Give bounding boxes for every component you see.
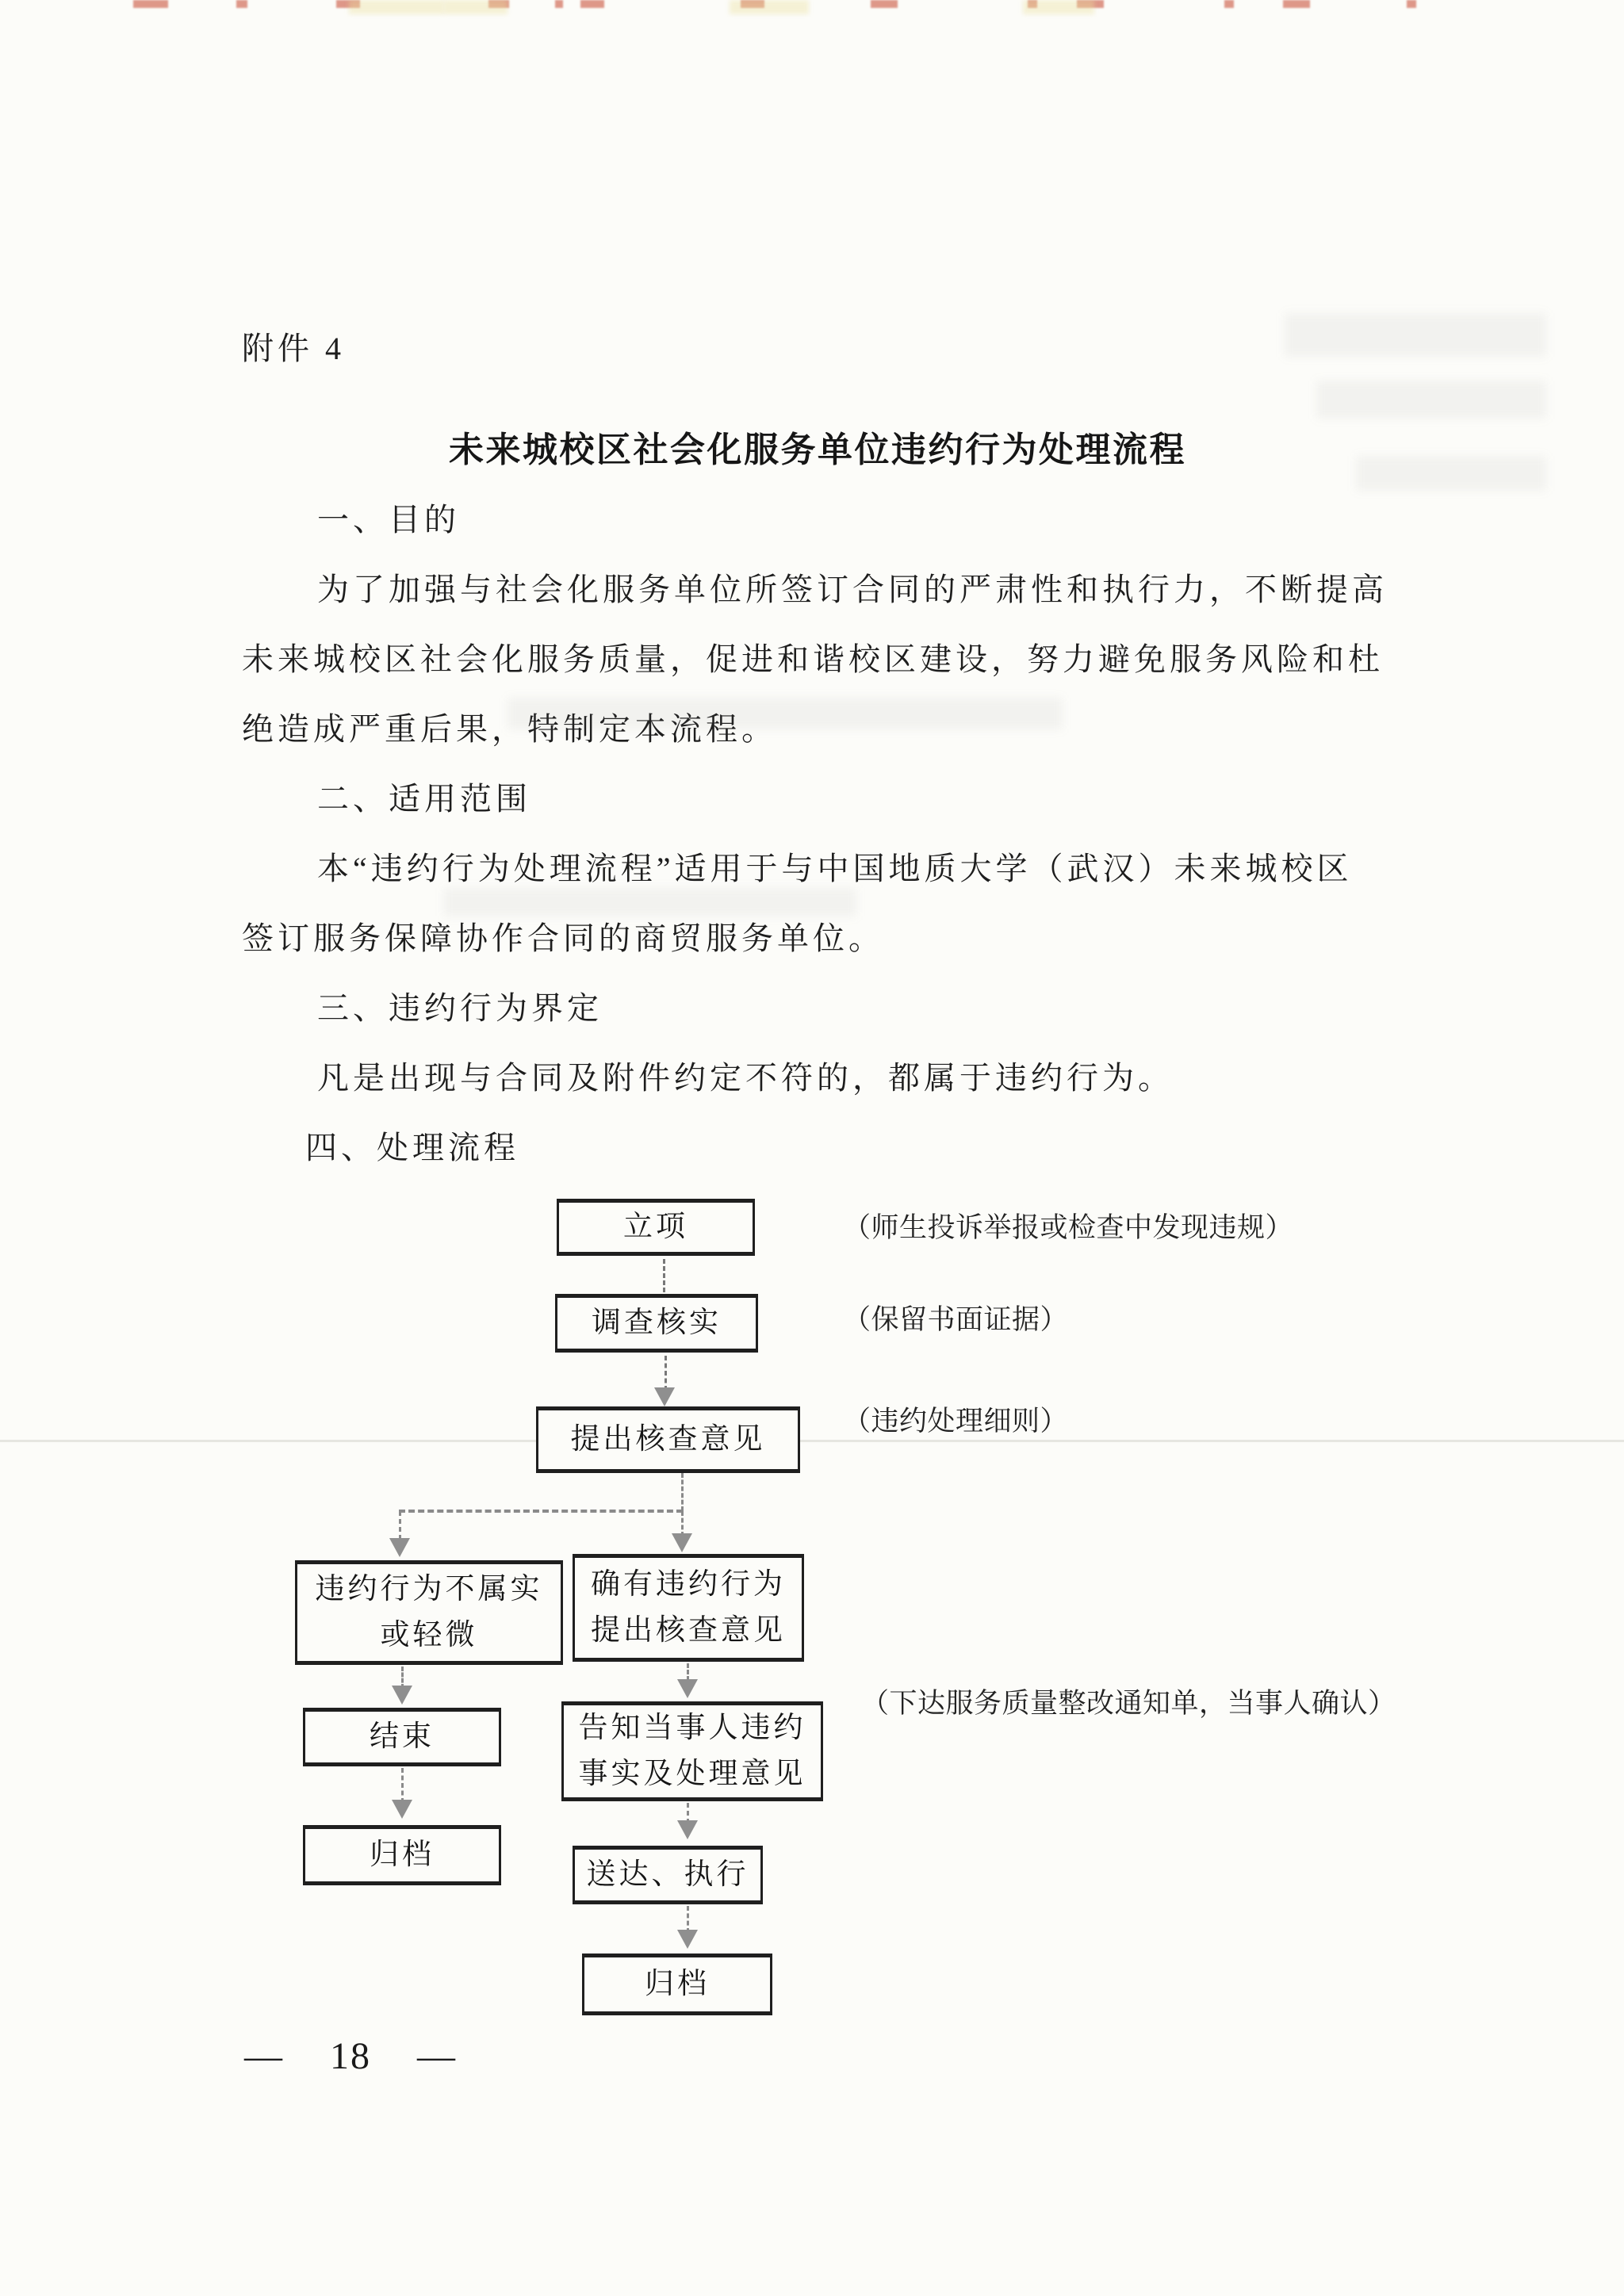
scan-smudge [444, 0, 507, 14]
scan-smudge [730, 0, 809, 14]
flow-annotation-notify: （下达服务质量整改通知单，当事人确认） [861, 1684, 1396, 1724]
flow-connector-line [681, 1473, 684, 1511]
flow-connector-line [399, 1511, 401, 1540]
arrow-down-icon [654, 1387, 675, 1406]
arrow-down-icon [392, 1686, 412, 1705]
flow-branch-line [399, 1510, 683, 1513]
document-title: 未来城校区社会化服务单位违约行为处理流程 [242, 415, 1393, 485]
arrow-down-icon [677, 1930, 698, 1949]
scan-ghost-text [507, 698, 1063, 729]
arrow-down-icon [677, 1679, 698, 1698]
flow-connector-line [401, 1768, 404, 1803]
flow-connector-line [665, 1356, 667, 1391]
scan-smudge [1023, 0, 1094, 14]
attachment-label: 附件 4 [242, 314, 1393, 384]
section-1-line-1: 为了加强与社会化服务单位所签订合同的严肃性和执行力，不断提高 [242, 555, 1393, 625]
flow-node-investigate: 调查核实 [555, 1294, 758, 1353]
flow-node-confirmed-line1: 确有违约行为 [591, 1562, 786, 1608]
section-1-line-2: 未来城校区社会化服务质量，促进和谐校区建设，努力避免服务风险和杜 [242, 625, 1393, 695]
flow-node-not-true-line1: 违约行为不属实 [316, 1567, 543, 1613]
scan-bleed-mark [555, 0, 563, 8]
section-1-heading: 一、目的 [242, 485, 1393, 555]
page-number: — 18 — [244, 2034, 457, 2078]
flow-node-notify-line2: 事实及处理意见 [579, 1751, 806, 1797]
flow-annotation-investigate: （保留书面证据） [843, 1300, 1068, 1340]
scan-ghost-text [444, 888, 856, 916]
scan-ghost-text [1356, 456, 1546, 491]
arrow-down-icon [672, 1533, 692, 1552]
section-3-line-1: 凡是出现与合同及附件约定不符的，都属于违约行为。 [242, 1043, 1393, 1113]
flow-node-not-true-line2: 或轻微 [381, 1613, 478, 1659]
flow-node-notify-line1: 告知当事人违约 [579, 1705, 806, 1751]
arrow-down-icon [389, 1538, 410, 1557]
flow-node-initiate: 立项 [557, 1199, 755, 1256]
scan-bleed-mark [236, 0, 247, 8]
arrow-down-icon [392, 1800, 412, 1819]
document-page: 附件 4 未来城校区社会化服务单位违约行为处理流程 一、目的 为了加强与社会化服… [0, 0, 1624, 2296]
arrow-down-icon [677, 1820, 698, 1839]
flow-node-archive-left-label: 归档 [370, 1832, 435, 1878]
flow-connector-line [687, 1663, 689, 1681]
flow-node-archive-left: 归档 [303, 1825, 501, 1885]
document-body: 附件 4 未来城校区社会化服务单位违约行为处理流程 一、目的 为了加强与社会化服… [242, 314, 1393, 1183]
flow-node-review-opinion: 提出核查意见 [536, 1406, 800, 1473]
scan-bleed-mark [580, 0, 604, 8]
scan-ghost-text [1316, 381, 1546, 419]
flow-node-archive-right: 归档 [582, 1954, 772, 2015]
flow-connector-line [687, 1906, 689, 1933]
scan-bleed-mark [871, 0, 898, 8]
scan-bleed-mark [1407, 0, 1416, 8]
flow-annotation-review-opinion: （违约处理细则） [843, 1402, 1068, 1441]
flow-node-notify: 告知当事人违约 事实及处理意见 [561, 1701, 823, 1801]
scan-ghost-text [1285, 313, 1546, 357]
flow-node-confirmed: 确有违约行为 提出核查意见 [573, 1554, 804, 1662]
flow-annotation-initiate: （师生投诉举报或检查中发现违规） [843, 1208, 1293, 1248]
flow-node-confirmed-line2: 提出核查意见 [591, 1608, 786, 1654]
flow-node-initiate-label: 立项 [623, 1204, 688, 1250]
section-2-heading: 二、适用范围 [242, 764, 1393, 834]
scan-bleed-mark [1224, 0, 1234, 8]
section-3-heading: 三、违约行为界定 [242, 974, 1393, 1043]
scan-bleed-mark [1283, 0, 1310, 8]
flow-node-deliver-execute: 送达、执行 [573, 1846, 763, 1904]
flow-node-not-true: 违约行为不属实 或轻微 [295, 1560, 563, 1665]
scan-bleed-mark [133, 0, 168, 8]
flow-node-investigate-label: 调查核实 [592, 1300, 722, 1346]
flow-node-end-label: 结束 [370, 1714, 435, 1760]
flow-node-deliver-execute-label: 送达、执行 [587, 1852, 749, 1898]
section-4-heading: 四、处理流程 [242, 1113, 1393, 1183]
flow-node-end: 结束 [303, 1708, 501, 1766]
flow-node-archive-right-label: 归档 [645, 1961, 710, 2007]
scan-smudge [349, 0, 444, 14]
scan-artifact-line [0, 1440, 1624, 1442]
flow-connector-line [663, 1259, 665, 1292]
flow-node-review-opinion-label: 提出核查意见 [571, 1417, 766, 1463]
